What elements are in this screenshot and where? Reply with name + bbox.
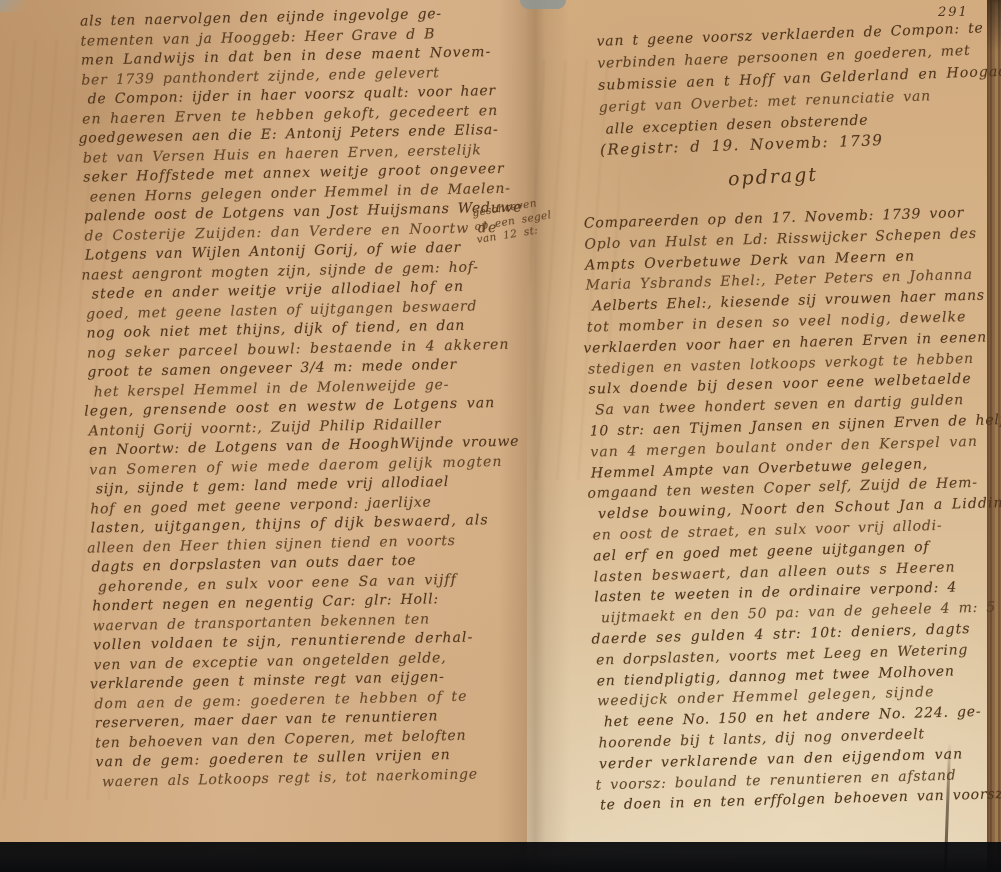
backdrop-corner [0,0,30,12]
deed-heading: opdragt [727,164,818,191]
right-page-closing-paragraph: van t geene voorsz verklaerden de Compon… [596,17,992,141]
left-page-text: als ten naervolgen den eijnde ingevolge … [80,4,532,793]
right-page-deed-text: Compareerden op den 17. Novemb: 1739 voo… [584,203,1001,817]
manuscript-photo: 291 als ten naervolgen den eijnde ingevo… [0,0,1001,872]
backdrop-notch [520,0,566,9]
